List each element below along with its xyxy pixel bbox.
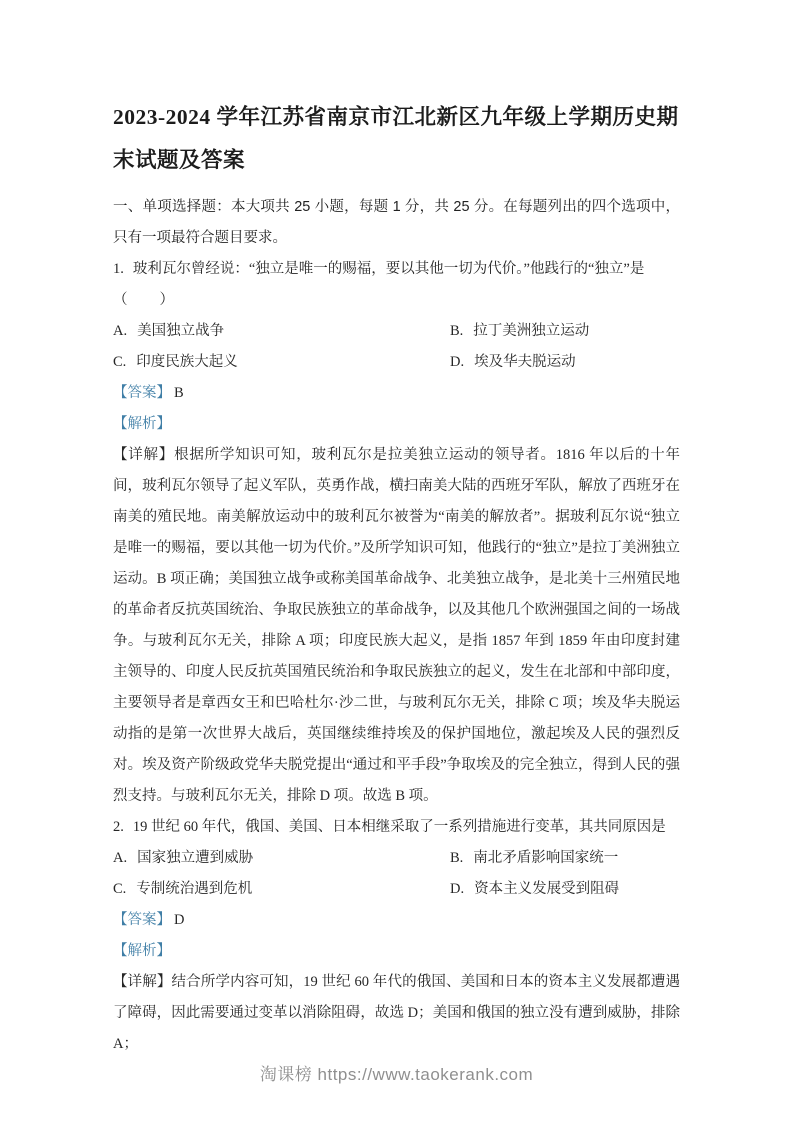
option-text: 南北矛盾影响国家统一 (473, 850, 618, 866)
options-grid: A.国家独立遭到威胁 B.南北矛盾影响国家统一 C.专制统治遇到危机 D.资本主… (113, 843, 680, 905)
question-stem: 1.玻利瓦尔曾经说：“独立是唯一的赐福，要以其他一切为代价。”他践行的“独立”是 (113, 254, 680, 285)
question-block-1: 1.玻利瓦尔曾经说：“独立是唯一的赐福，要以其他一切为代价。”他践行的“独立”是… (113, 254, 680, 812)
question-stem: 2.19 世纪 60 年代，俄国、美国、日本相继采取了一系列措施进行变革，其共同… (113, 812, 680, 843)
question-text: 19 世纪 60 年代，俄国、美国、日本相继采取了一系列措施进行变革，其共同原因… (133, 819, 666, 835)
option-key: B. (450, 850, 463, 866)
question-block-2: 2.19 世纪 60 年代，俄国、美国、日本相继采取了一系列措施进行变革，其共同… (113, 812, 680, 1060)
footer-watermark: 淘课榜 https://www.taokerank.com (0, 1060, 793, 1085)
option-a: A.国家独立遭到威胁 (113, 843, 450, 874)
option-key: C. (113, 881, 126, 897)
option-key: B. (450, 323, 463, 339)
document-page: 2023-2024 学年江苏省南京市江北新区九年级上学期历史期末试题及答案 一、… (0, 0, 793, 1060)
option-c: C.印度民族大起义 (113, 347, 450, 378)
answer-line: 【答案】B (113, 378, 680, 409)
option-key: D. (450, 881, 464, 897)
option-d: D.资本主义发展受到阻碍 (450, 874, 680, 905)
detail-text: 结合所学内容可知，19 世纪 60 年代的俄国、美国和日本的资本主义发展都遭遇了… (113, 974, 680, 1052)
option-a: A.美国独立战争 (113, 316, 450, 347)
option-text: 专制统治遇到危机 (136, 881, 252, 897)
answer-label: 【答案】 (113, 385, 171, 401)
analysis-line: 【解析】 (113, 936, 680, 967)
option-text: 印度民族大起义 (136, 354, 238, 370)
option-d: D.埃及华夫脱运动 (450, 347, 680, 378)
option-b: B.南北矛盾影响国家统一 (450, 843, 680, 874)
option-text: 资本主义发展受到阻碍 (474, 881, 619, 897)
option-key: A. (113, 850, 127, 866)
answer-blank-parentheses: （ ） (113, 285, 680, 316)
answer-value: B (174, 385, 184, 401)
answer-label: 【答案】 (113, 912, 171, 928)
option-text: 美国独立战争 (137, 323, 224, 339)
page-title: 2023-2024 学年江苏省南京市江北新区九年级上学期历史期末试题及答案 (113, 96, 680, 182)
option-key: C. (113, 354, 126, 370)
detail-paragraph: 【详解】结合所学内容可知，19 世纪 60 年代的俄国、美国和日本的资本主义发展… (113, 967, 680, 1060)
analysis-line: 【解析】 (113, 409, 680, 440)
answer-value: D (174, 912, 184, 928)
detail-label: 【详解】 (113, 974, 172, 990)
analysis-label: 【解析】 (113, 943, 171, 959)
detail-label: 【详解】 (113, 447, 174, 463)
detail-paragraph: 【详解】根据所学知识可知，玻利瓦尔是拉美独立运动的领导者。1816 年以后的十年… (113, 440, 680, 812)
option-c: C.专制统治遇到危机 (113, 874, 450, 905)
question-text: 玻利瓦尔曾经说：“独立是唯一的赐福，要以其他一切为代价。”他践行的“独立”是 (133, 261, 645, 277)
analysis-label: 【解析】 (113, 416, 171, 432)
options-grid: A.美国独立战争 B.拉丁美洲独立运动 C.印度民族大起义 D.埃及华夫脱运动 (113, 316, 680, 378)
option-text: 埃及华夫脱运动 (474, 354, 576, 370)
option-text: 拉丁美洲独立运动 (473, 323, 589, 339)
option-text: 国家独立遭到威胁 (137, 850, 253, 866)
section-intro: 一、单项选择题：本大项共 25 小题，每题 1 分，共 25 分。在每题列出的四… (113, 192, 680, 254)
detail-text: 根据所学知识可知，玻利瓦尔是拉美独立运动的领导者。1816 年以后的十年间，玻利… (113, 447, 680, 804)
answer-line: 【答案】D (113, 905, 680, 936)
question-number: 2. (113, 819, 124, 835)
option-b: B.拉丁美洲独立运动 (450, 316, 680, 347)
option-key: A. (113, 323, 127, 339)
question-number: 1. (113, 261, 124, 277)
option-key: D. (450, 354, 464, 370)
